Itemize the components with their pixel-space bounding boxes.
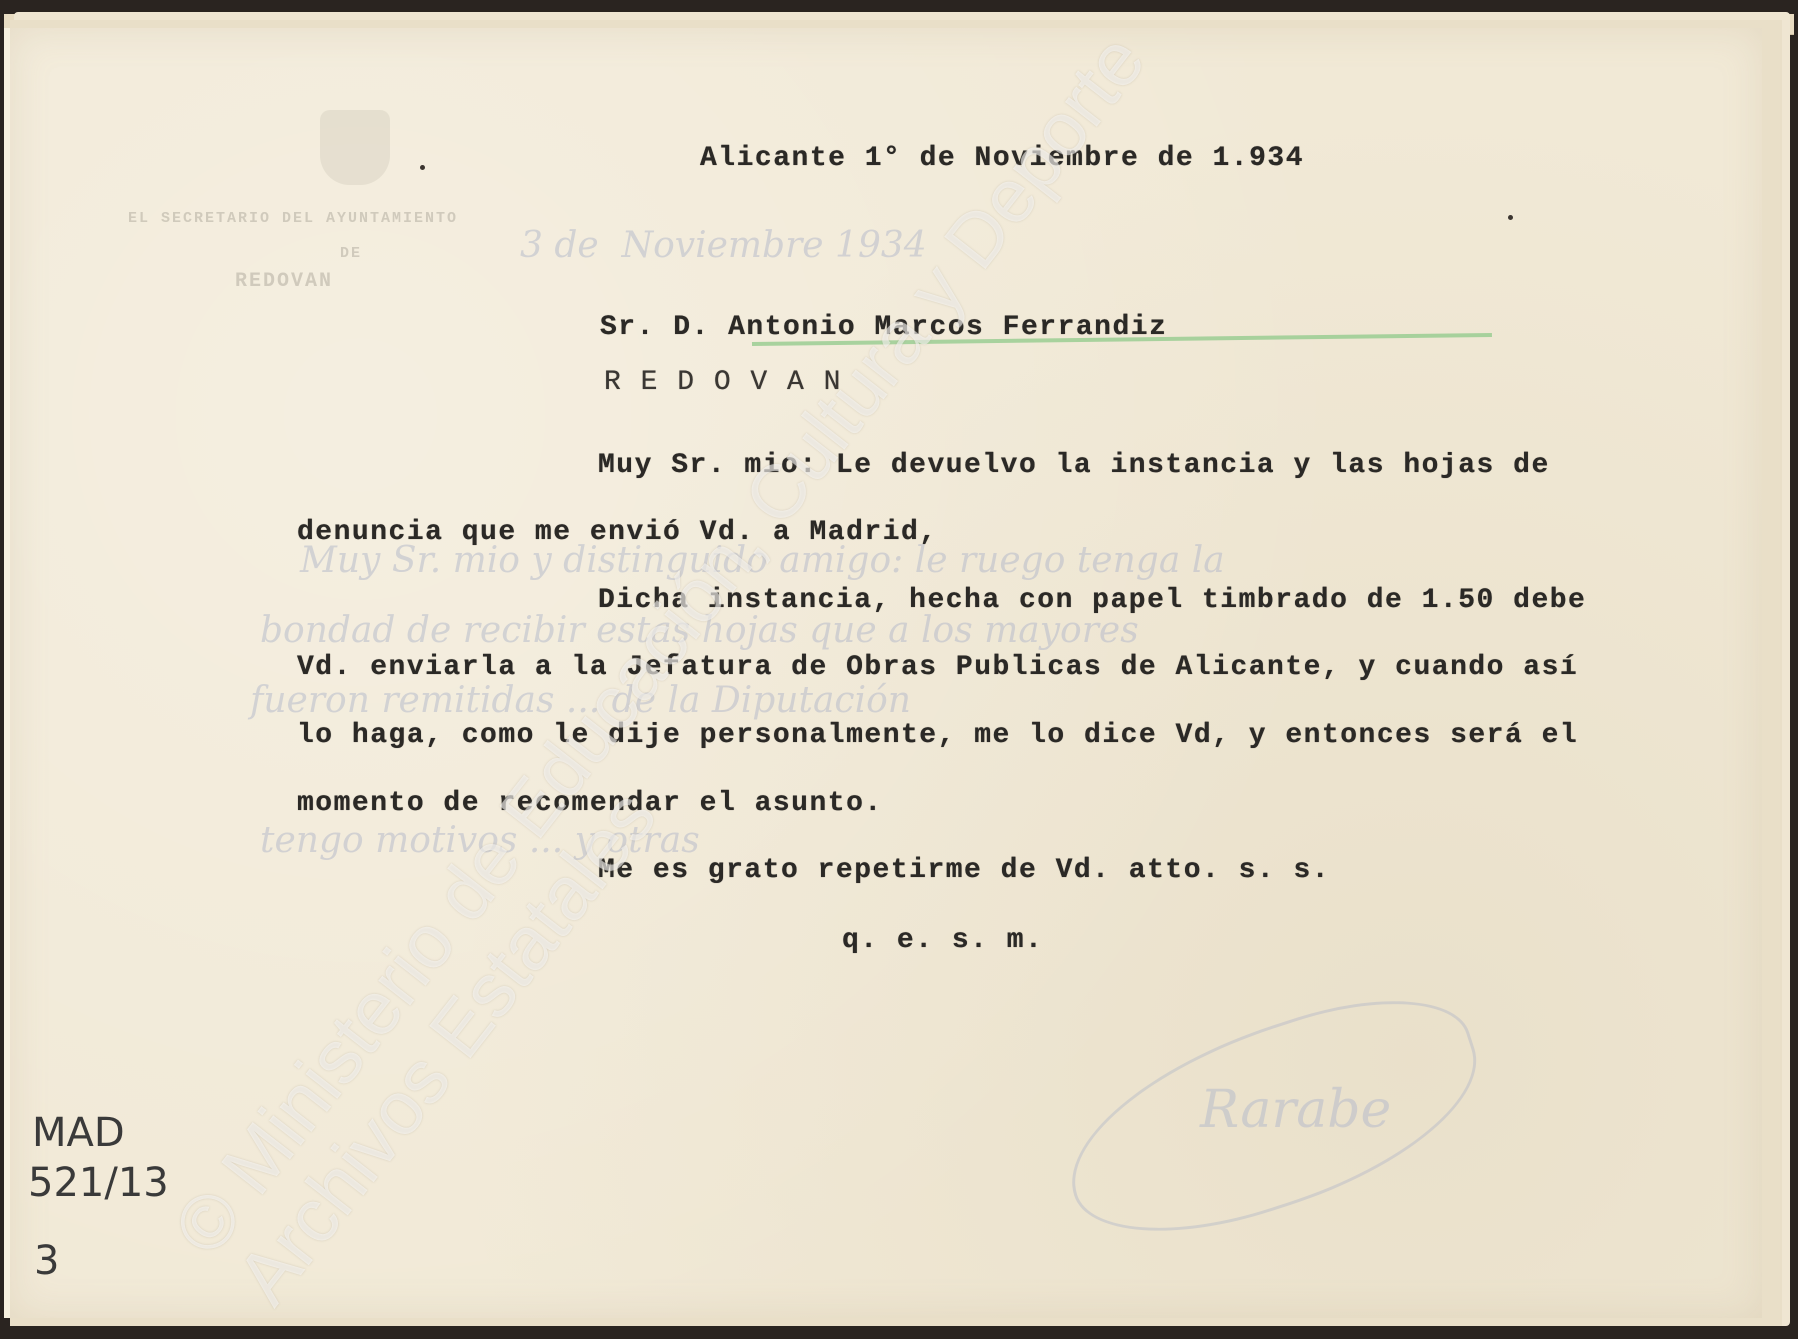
ink-dot xyxy=(420,165,425,170)
bleedthrough-handwriting: 3 de Noviembre 1934 xyxy=(520,225,927,266)
faint-letterhead-line1: EL SECRETARIO DEL AYUNTAMIENTO xyxy=(128,210,458,227)
margin-note-page-number: 3 xyxy=(34,1238,59,1284)
margin-note-code: MAD xyxy=(32,1110,125,1156)
closing-line: Me es grato repetirme de Vd. atto. s. s. xyxy=(598,855,1330,886)
faint-signature: Rarabe xyxy=(1200,1080,1391,1140)
faint-letterhead-line3: REDOVAN xyxy=(235,270,333,293)
closing-abbreviation: q. e. s. m. xyxy=(842,925,1043,956)
faint-letterhead-line2: DE xyxy=(340,245,362,262)
body-line-3: Vd. enviarla a la Jefatura de Obras Publ… xyxy=(297,652,1578,683)
ink-dot xyxy=(1508,215,1513,220)
body-line-4: lo haga, como le dije personalmente, me … xyxy=(297,720,1578,751)
faint-coat-of-arms-icon xyxy=(320,110,390,185)
margin-note-reference: 521/13 xyxy=(28,1160,169,1206)
